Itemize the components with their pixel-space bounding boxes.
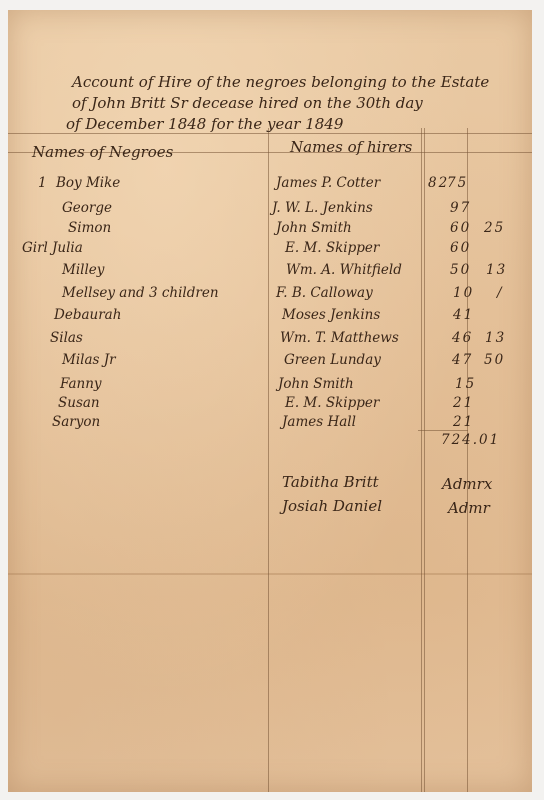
- hirer-name: Moses Jenkins: [282, 307, 380, 323]
- negro-name: Fanny: [60, 376, 102, 392]
- row-prefix: Girl: [22, 240, 48, 256]
- hirer-name: James Hall: [282, 414, 356, 430]
- amount-dollars: 82: [428, 175, 449, 191]
- amount-dollars: 60: [450, 220, 471, 236]
- negro-name: Julia: [52, 240, 83, 256]
- amount-dollars: 15: [455, 376, 476, 392]
- amount-dollars: 41: [453, 307, 474, 323]
- negro-name: Milley: [62, 262, 104, 278]
- total-rule: [418, 430, 468, 431]
- negro-name: George: [62, 200, 112, 216]
- negro-name: Simon: [68, 220, 111, 236]
- row-prefix: 1: [38, 175, 47, 191]
- amount-extra: 50: [484, 352, 505, 368]
- amount-dollars: 60: [450, 240, 471, 256]
- negro-name: Saryon: [52, 414, 100, 430]
- amount-extra: /: [497, 285, 504, 301]
- hirer-name: John Smith: [278, 376, 354, 392]
- negro-name: Milas Jr: [62, 352, 116, 368]
- negro-name: Boy Mike: [56, 175, 120, 191]
- amount-extra: 13: [485, 330, 506, 346]
- negro-name: Silas: [50, 330, 83, 346]
- title-line-1: Account of Hire of the negroes belonging…: [72, 72, 489, 93]
- page-fold: [8, 573, 532, 575]
- signature-name: Tabitha Britt: [282, 473, 379, 491]
- amount-dollars: 97: [450, 200, 471, 216]
- hirer-name: F. B. Calloway: [276, 285, 373, 301]
- amount-extra: 13: [486, 262, 507, 278]
- names-of-hirers-header: Names of hirers: [290, 138, 412, 156]
- amount-dollars: 21: [453, 395, 474, 411]
- hirer-name: E. M. Skipper: [285, 395, 379, 411]
- hirer-name: John Smith: [276, 220, 352, 236]
- hirer-name: James P. Cotter: [276, 175, 380, 191]
- amount-extra: 25: [484, 220, 505, 236]
- total-amount: 724.01: [441, 432, 500, 448]
- amount-dollars: 50: [450, 262, 471, 278]
- hirer-name: J. W. L. Jenkins: [272, 200, 373, 216]
- amount-dollars: 47: [452, 352, 473, 368]
- hirer-name: Green Lunday: [284, 352, 381, 368]
- amount-cents: 75: [447, 175, 468, 191]
- amount-dollars: 46: [452, 330, 473, 346]
- amount-dollars: 10: [453, 285, 474, 301]
- negro-name: Susan: [58, 395, 100, 411]
- column-divider-hirers: [268, 128, 269, 792]
- signature-role: Admr: [448, 499, 490, 517]
- amount-dollars: 21: [453, 414, 474, 430]
- signature-role: Admrx: [442, 475, 492, 493]
- hirer-name: Wm. T. Matthews: [280, 330, 399, 346]
- column-divider-amount-left2: [424, 128, 425, 792]
- signature-name: Josiah Daniel: [282, 497, 382, 515]
- negro-name: Debaurah: [54, 307, 121, 323]
- column-divider-amount-left: [421, 128, 422, 792]
- title-line-2: of John Britt Sr decease hired on the 30…: [72, 93, 423, 114]
- title-line-3: of December 1848 for the year 1849: [66, 114, 343, 135]
- hirer-name: E. M. Skipper: [285, 240, 379, 256]
- hirer-name: Wm. A. Whitfield: [286, 262, 402, 278]
- negro-name: Mellsey and 3 children: [62, 285, 219, 301]
- names-of-negroes-header: Names of Negroes: [32, 143, 173, 161]
